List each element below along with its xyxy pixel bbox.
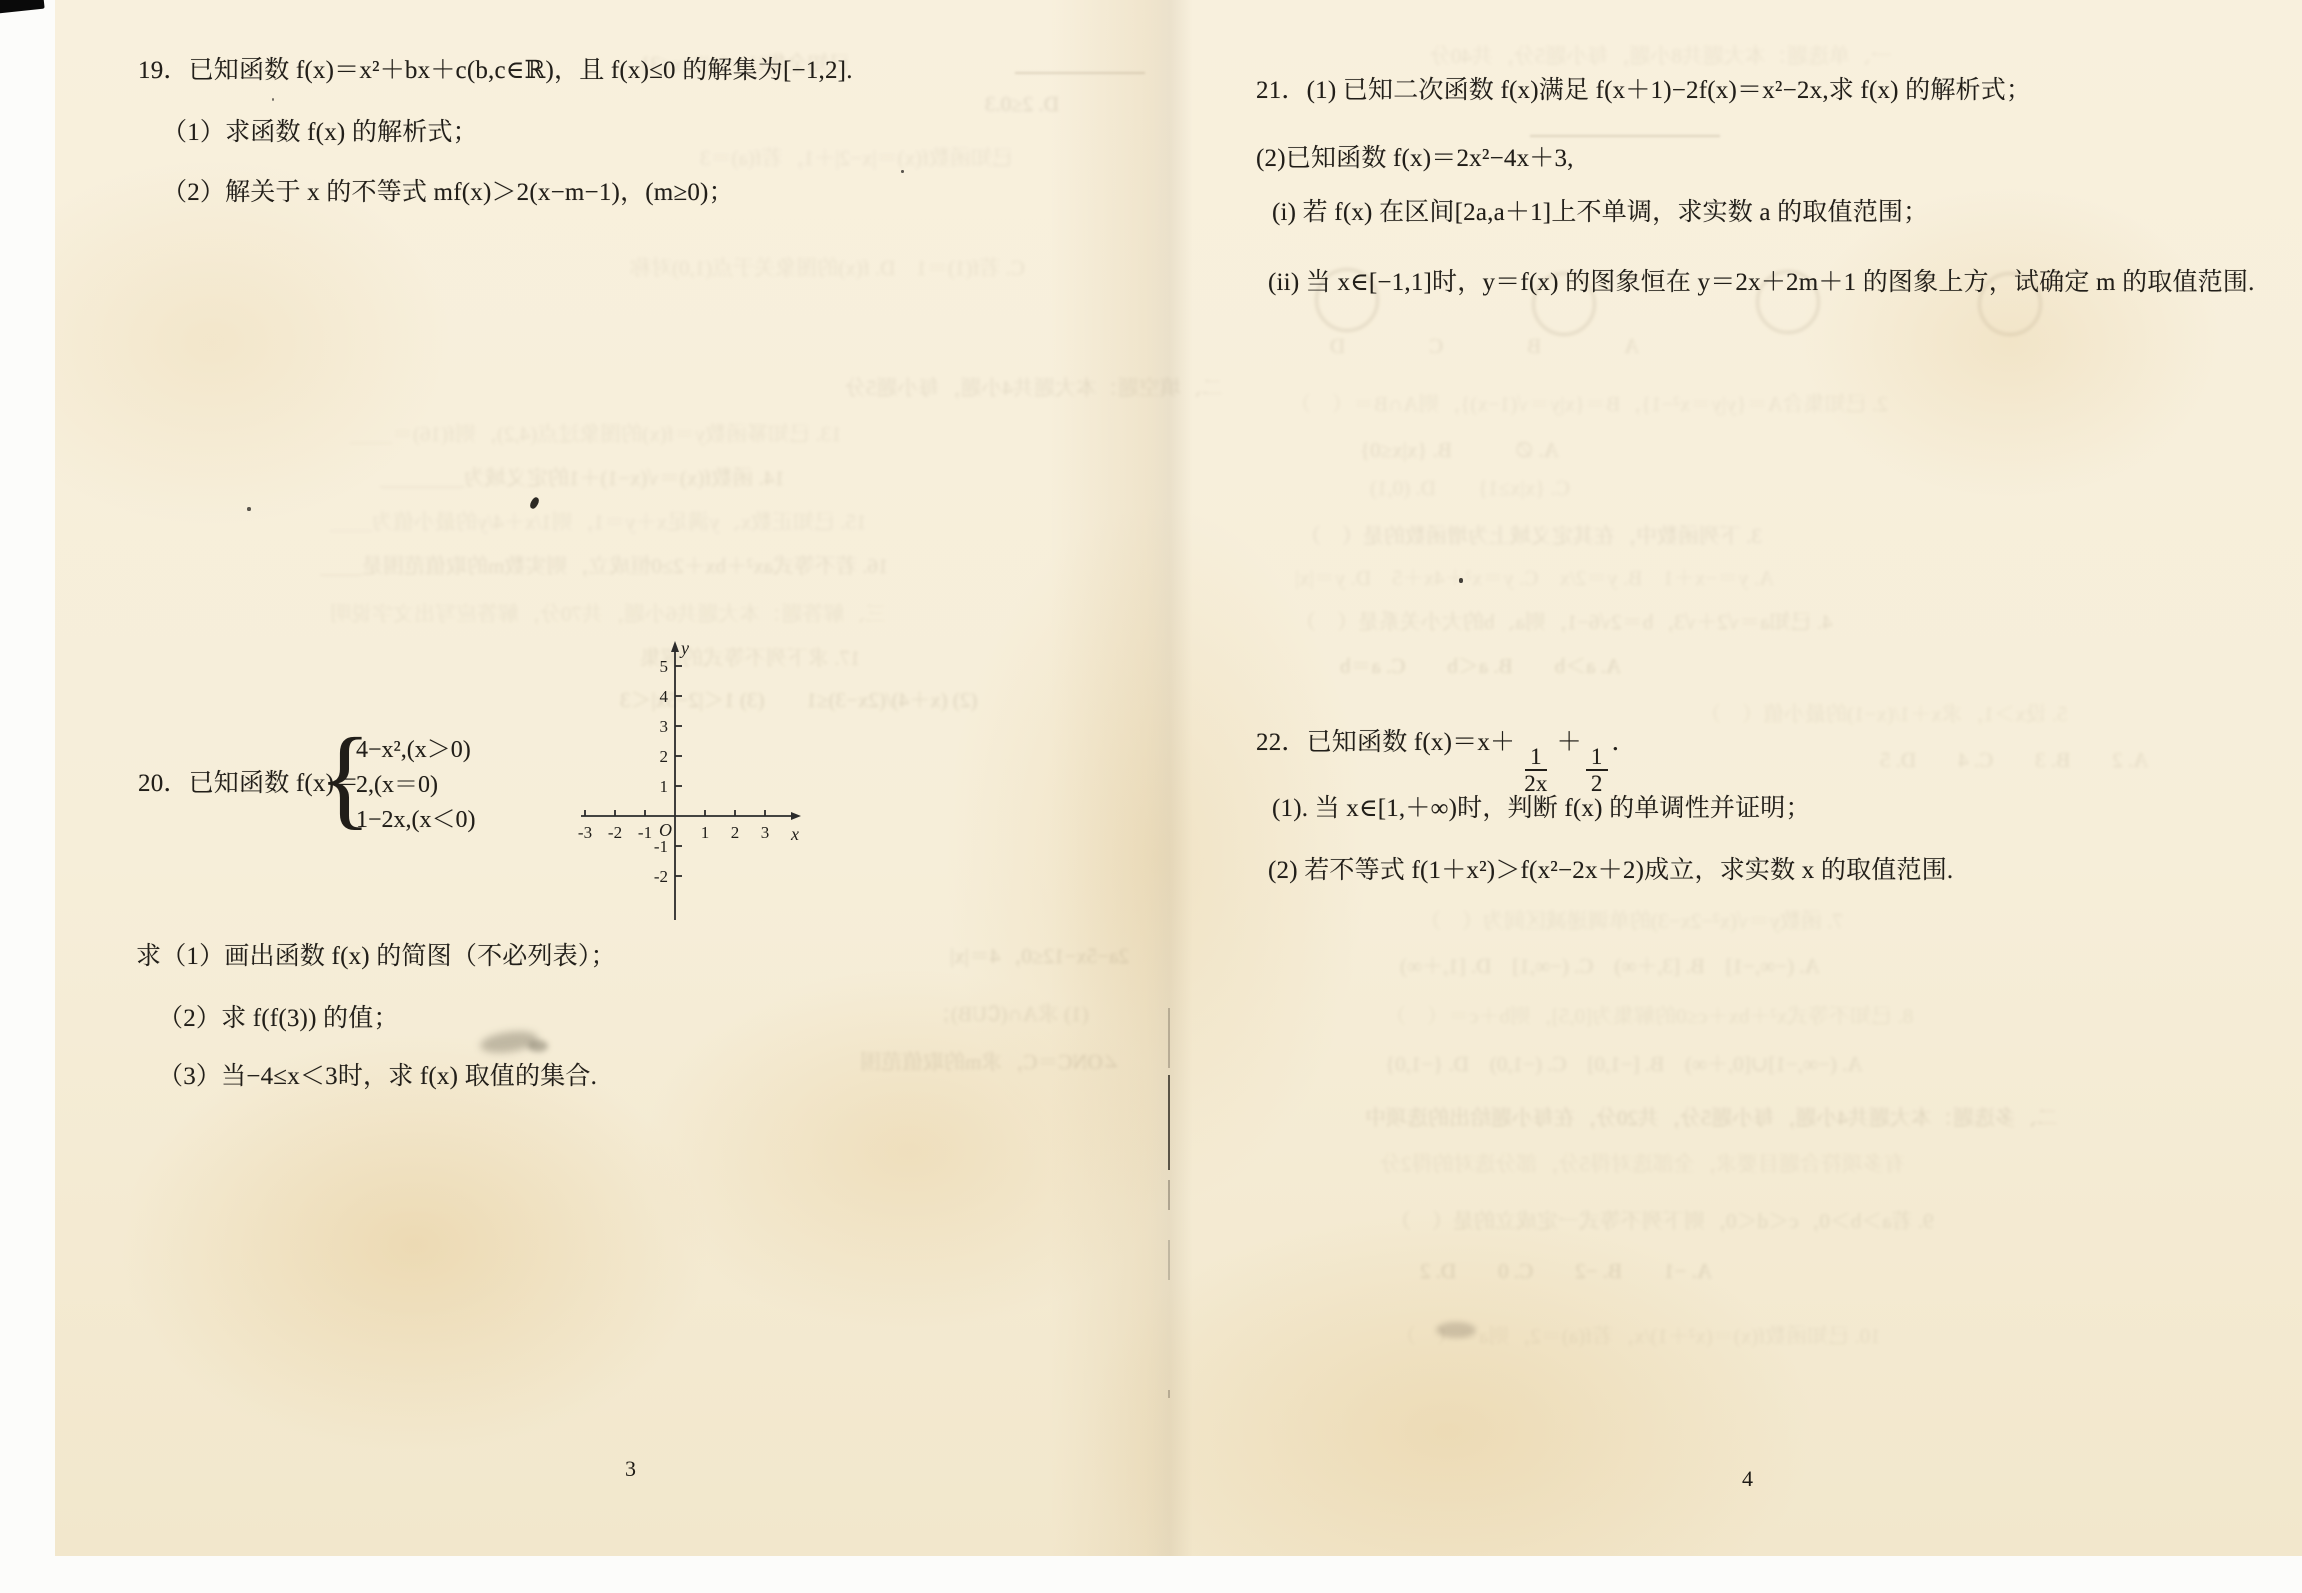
problem-22-item-2: (2) 若不等式 f(1＋x²)＞f(x²−2x＋2)成立，求实数 x 的取值范… [1268,850,1953,886]
problem-19-item-1: （1）求函数 f(x) 的解析式； [162,112,478,148]
y-tick-4: 4 [660,687,669,706]
x-tick-n2: -2 [608,823,622,842]
bleedthrough-underline [1015,72,1145,74]
axes-svg: 5 4 3 2 1 -1 -2 -3 -2 -1 1 2 3 O [563,638,808,928]
bleedthrough-text: 4. 已知a＝√2＋√3，b＝2√6−1，则a、b的大小关系是（ ） [1295,606,1833,636]
ink-speck [1459,578,1463,583]
ink-speck [901,170,904,173]
bleedthrough-underline [1530,135,1720,137]
scanned-exam-sheet: 已知全集U＝{x|2≤x≤3} D. 2≤0.3 已知函数f(x)＝|x−2|＋… [0,0,2302,1593]
problem-20-item-3: （3）当−4≤x＜3时，求 f(x) 取值的集合. [158,1056,597,1092]
problem-20-item-2: （2）求 f(f(3)) 的值； [158,998,399,1034]
bleedthrough-text: 2. 已知集合A＝{y|y＝x²−1}，B＝{x|y＝√(1−x)}，则A∩B＝… [1290,388,1888,418]
problem-19-statement: 19．已知函数 f(x)＝x²＋bx＋c(b,c∈ℝ)，且 f(x)≤0 的解集… [138,50,853,86]
piecewise-case-2: 2,(x＝0) [356,768,476,803]
plus-sign: ＋ [1557,729,1582,756]
bleedthrough-text: A. (−∞,−1]∪[0,＋∞) B. [−1,0] C. (−1,0) D.… [1385,1048,1862,1078]
bleedthrough-text: A. 2 B. 3 C. 4 D. 5 [1880,744,2148,774]
x-tick-1: 1 [701,823,710,842]
bleedthrough-text: 二、填空题：本大题共4小题，每小题5分 [845,372,1223,402]
problem-22-lead: 22．已知函数 f(x)＝x＋ [1256,729,1515,756]
page-number-right: 4 [1742,1466,1753,1492]
problem-21-item-2: (2)已知函数 f(x)＝2x²−4x＋3, [1256,138,1574,174]
y-tick-3: 3 [660,717,669,736]
fraction-numerator: 1 [1525,744,1547,771]
bleedthrough-text: 5. 设x＞1，求x＋1/(x−1)的最小值（ ） [1700,698,2068,728]
y-tick-n2: -2 [654,867,668,886]
bleedthrough-text: 有多项符合题目要求，全部选对得5分，部分选对的得2分 [1380,1148,1905,1178]
problem-21-sub-ii: (ii) 当 x∈[−1,1]时，y＝f(x) 的图象恒在 y＝2x＋2m＋1 … [1268,262,2255,298]
bleedthrough-text: C. {x|x≥1} D. (0,1) [1370,472,1570,502]
bleedthrough-text: A. ∅ B. {x|x≤0} [1360,434,1559,464]
fold-crease-segment [1168,1240,1170,1280]
scan-artifact-corner-mark [0,0,45,13]
center-fold-shadow [1050,0,1280,1556]
bleedthrough-text: 一、单选题：本大题共8小题，每小题5分，共40分 [1430,40,1892,70]
piecewise-cases: 4−x²,(x＞0) 2,(x＝0) 1−2x,(x＜0) [356,733,476,838]
bleedthrough-text: 16. 若不等式ax²＋bx＋2≥0恒成立，则实数m的取值范围是＿＿ [320,550,888,580]
coordinate-axes-plot: 5 4 3 2 1 -1 -2 -3 -2 -1 1 2 3 O [563,638,808,928]
y-axis-label: y [679,638,689,658]
piecewise-case-1: 4−x²,(x＞0) [356,733,476,768]
piecewise-case-3: 1−2x,(x＜0) [356,803,476,838]
fold-crease-segment [1168,1390,1170,1398]
origin-label: O [659,820,672,840]
bleedthrough-text: 8. 已知不等式x²＋bx＋c≤0的解集为[0,5]，则b＋c＝（ ） [1385,1000,1913,1030]
x-tick-n3: -3 [578,823,592,842]
gray-smudge [528,1040,548,1052]
problem-21-statement: 21．(1) 已知二次函数 f(x)满足 f(x＋1)−2f(x)＝x²−2x,… [1256,70,2031,106]
x-tick-n1: -1 [638,823,652,842]
bleedthrough-text: 13. 已知幂函数y＝f(x)的图象过点(4,2)，则f(16)＝＿＿ [350,418,842,448]
bleedthrough-text: A B C D [1330,330,1639,360]
problem-19-item-2: （2）解关于 x 的不等式 mf(x)＞2(x−m−1)，(m≥0)； [162,172,734,208]
bleedthrough-text: 15. 已知正数x、y满足x＋y＝1，则1/x＋4/y的最小值为＿＿ [330,506,867,536]
x-tick-2: 2 [731,823,740,842]
bleedthrough-text: A. −1 B. −2 C. 0 D. 2 [1420,1255,1712,1285]
bleedthrough-text: ∠ONC＝C，求m的取值范围 [860,1046,1120,1076]
problem-22-statement: 22．已知函数 f(x)＝x＋12x＋12． [1256,722,1637,797]
problem-20-item-1: 求（1）画出函数 f(x) 的简图（不必列表）； [136,936,616,972]
bleedthrough-text: 9. 若a＞b＞0，c＜d＜0，则下列不等式一定成立的是（ ） [1390,1205,1934,1235]
fold-crease-segment [1168,1180,1170,1210]
bleedthrough-text: (1) 求A∩(∁UB)； [930,998,1089,1028]
bleedthrough-text: A. (−∞,−1] B. [3,＋∞) C. (−∞,1] D. [1,＋∞) [1400,950,1820,980]
bleedthrough-text: 7. 函数y＝√(x²−2x−3)的单调递减区间为（ ） [1420,905,1843,935]
problem-21-sub-i: (i) 若 f(x) 在区间[2a,a＋1]上不单调，求实数 a 的取值范围； [1272,192,1928,228]
y-tick-5: 5 [660,657,669,676]
fraction-numerator: 1 [1586,744,1608,771]
ink-speck [247,507,251,511]
bleedthrough-text: 3. 下列函数中，在其定义域上为增函数的是（ ） [1300,520,1762,550]
bleedthrough-text: 14. 函数f(x)＝√(x−1)＋1的定义域为＿＿＿＿ [380,462,785,492]
fold-crease-segment [1168,1075,1170,1170]
bleedthrough-text: C. 若f(1)＝1 D. f(x)的图象关于点(1,0)对称 [630,252,1025,282]
gray-smudge [1436,1322,1476,1338]
problem-22-item-1: (1). 当 x∈[1,＋∞)时，判断 f(x) 的单调性并证明； [1272,788,1811,824]
y-tick-2: 2 [660,747,669,766]
bleedthrough-text: 三、解答题：本大题共6小题，共70分，解答应写出文字说明 [330,598,887,628]
bleedthrough-text: A. a＞b B. a＜b C. a＝b [1340,650,1621,680]
x-axis-label: x [790,824,799,844]
page-number-left: 3 [625,1456,636,1482]
bleedthrough-text: 二、多选题：本大题共4小题，每小题5分，共20分，在每小题给出的选项中 [1365,1102,2058,1132]
y-tick-1: 1 [660,777,669,796]
ink-speck [272,98,274,101]
x-tick-3: 3 [761,823,770,842]
bleedthrough-text: D. 2≤0.3 [985,92,1059,117]
bleedthrough-text: A. y＝−x＋1 B. y＝2/x C. y＝x²＋4x＋5 D. y＝|x| [1295,562,1774,592]
fold-crease-segment [1168,1008,1170,1068]
period: ． [1612,729,1637,756]
bleedthrough-text: 2a−5x−12≤0，4＝|x| [950,940,1129,970]
bleedthrough-text: 已知函数f(x)＝|x−2|＋1，若f(a)＝3 [700,142,1013,172]
